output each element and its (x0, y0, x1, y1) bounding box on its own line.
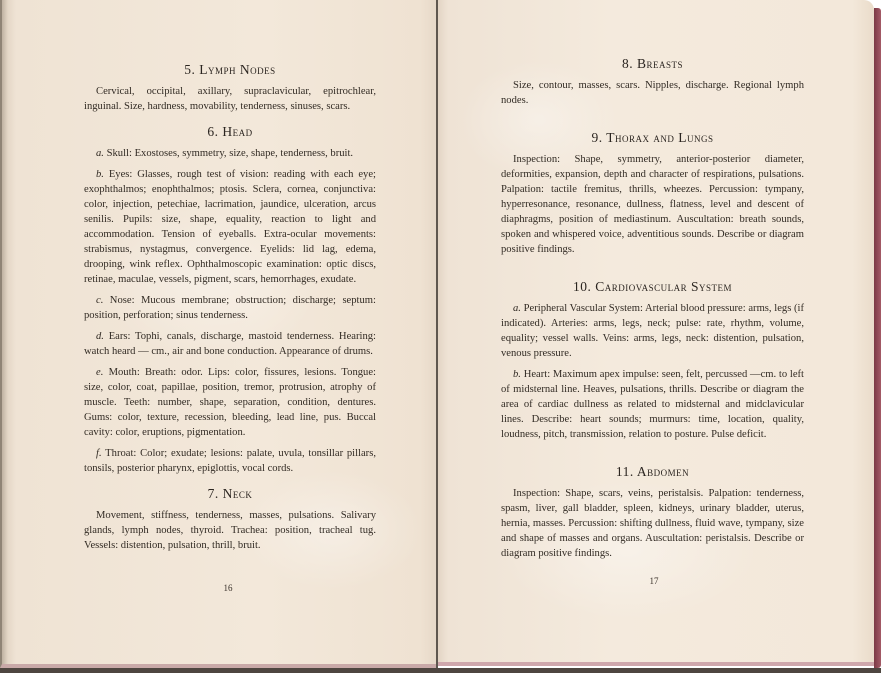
section-breasts: 8. Breasts Size, contour, masses, scars.… (501, 56, 804, 108)
paragraph: Size, contour, masses, scars. Nipples, d… (501, 78, 804, 108)
section-heading: 8. Breasts (501, 56, 804, 72)
section-heading: 10. Cardiovascular System (501, 279, 804, 295)
section-heading: 9. Thorax and Lungs (501, 130, 804, 146)
paragraph: Cervical, occipital, axillary, supraclav… (84, 84, 376, 114)
paragraph-peripheral-vascular: a. Peripheral Vascular System: Arterial … (501, 301, 804, 361)
left-page-content: 5. Lymph Nodes Cervical, occipital, axil… (84, 62, 376, 563)
paragraph-skull: a. Skull: Exostoses, symmetry, size, sha… (84, 146, 376, 161)
section-head: 6. Head a. Skull: Exostoses, symmetry, s… (84, 124, 376, 476)
left-page: 5. Lymph Nodes Cervical, occipital, axil… (0, 0, 437, 668)
paragraph: Movement, stiffness, tenderness, masses,… (84, 508, 376, 553)
page-number: 17 (634, 576, 674, 586)
book-cover-edge (874, 8, 881, 668)
paragraph-heart: b. Heart: Maximum apex impulse: seen, fe… (501, 367, 804, 442)
right-page-content: 8. Breasts Size, contour, masses, scars.… (501, 56, 804, 571)
section-neck: 7. Neck Movement, stiffness, tenderness,… (84, 486, 376, 553)
section-heading: 5. Lymph Nodes (84, 62, 376, 78)
paragraph: Inspection: Shape, symmetry, anterior-po… (501, 152, 804, 257)
section-lymph-nodes: 5. Lymph Nodes Cervical, occipital, axil… (84, 62, 376, 114)
section-heading: 11. Abdomen (501, 464, 804, 480)
section-heading: 7. Neck (84, 486, 376, 502)
open-book-spread: 5. Lymph Nodes Cervical, occipital, axil… (0, 0, 881, 673)
paragraph-throat: f. Throat: Color; exudate; lesions: pala… (84, 446, 376, 476)
section-abdomen: 11. Abdomen Inspection: Shape, scars, ve… (501, 464, 804, 561)
paragraph-ears: d. Ears: Tophi, canals, discharge, masto… (84, 329, 376, 359)
section-thorax-lungs: 9. Thorax and Lungs Inspection: Shape, s… (501, 130, 804, 257)
paragraph-mouth: e. Mouth: Breath: odor. Lips: color, fis… (84, 365, 376, 440)
right-page: 8. Breasts Size, contour, masses, scars.… (438, 0, 874, 666)
paragraph: Inspection: Shape, scars, veins, perista… (501, 486, 804, 561)
paragraph-eyes: b. Eyes: Glasses, rough test of vision: … (84, 167, 376, 287)
page-number: 16 (208, 583, 248, 593)
section-cardiovascular: 10. Cardiovascular System a. Peripheral … (501, 279, 804, 442)
paragraph-nose: c. Nose: Mucous membrane; obstruction; d… (84, 293, 376, 323)
book-bottom-shadow (0, 668, 881, 673)
section-heading: 6. Head (84, 124, 376, 140)
